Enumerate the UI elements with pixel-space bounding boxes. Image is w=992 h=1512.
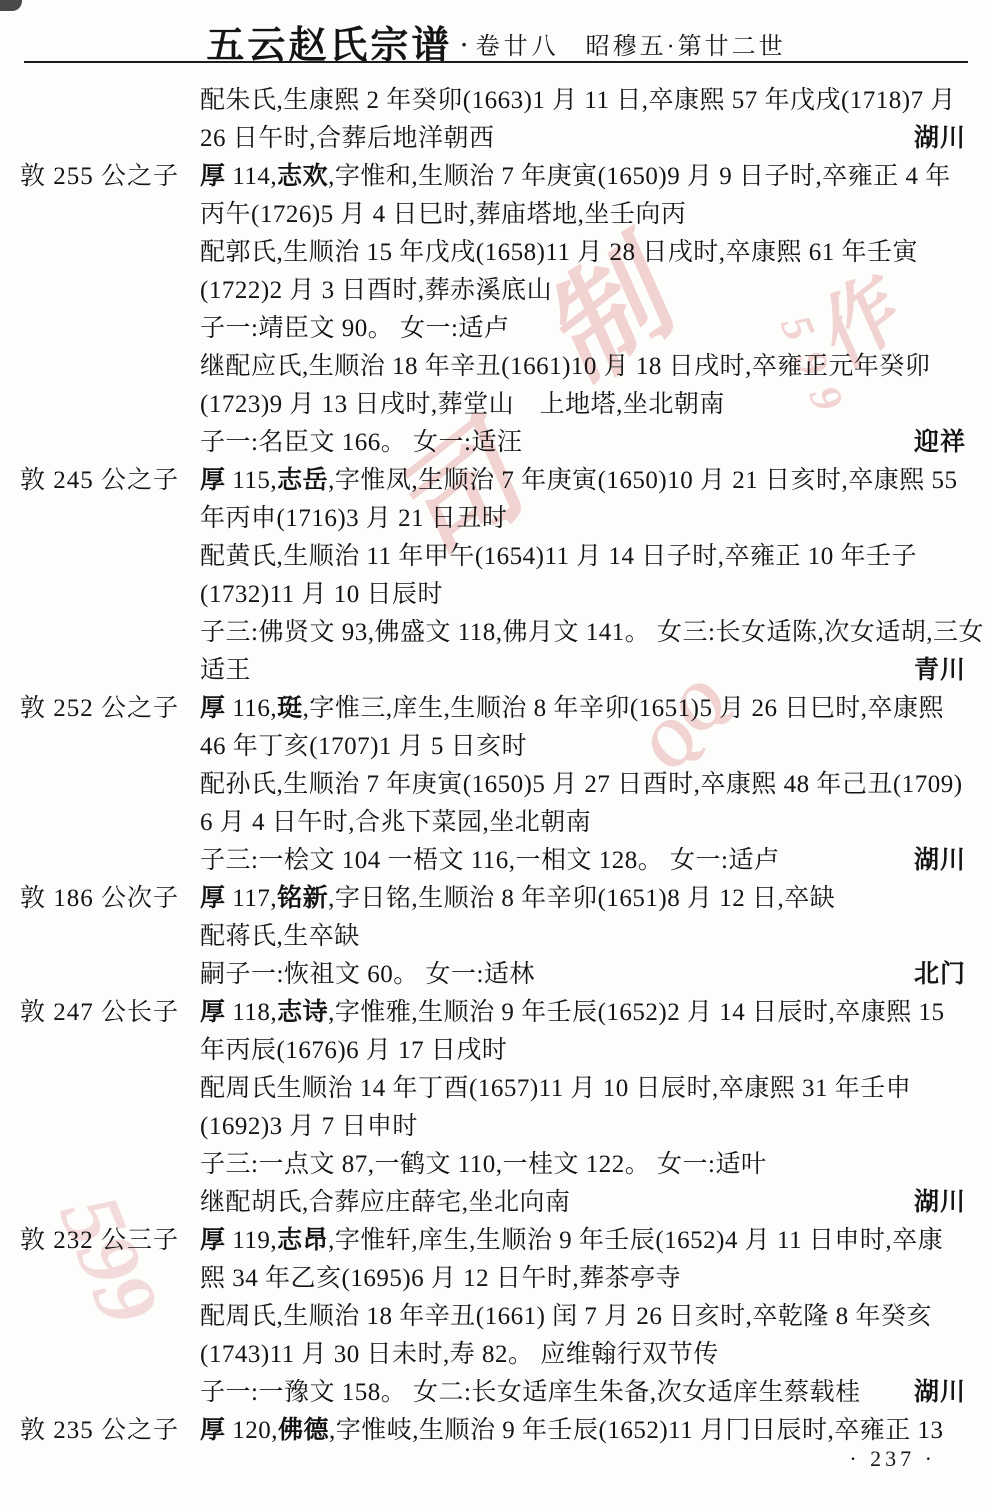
line-text: 配蒋氏,生卒缺 [200, 918, 360, 956]
place-label: 湖川 [914, 842, 966, 880]
genealogy-line: (1723)9 月 13 日戌时,葬堂山 上地塔,坐北朝南 [0, 386, 992, 424]
place-label: 青川 [914, 652, 966, 690]
genealogy-line: 配周氏生顺治 14 年丁酉(1657)11 月 10 日辰时,卒康熙 31 年壬… [0, 1070, 992, 1108]
person-name: 志诗 [277, 999, 328, 1026]
place-label: 迎祥 [914, 424, 966, 462]
person-name: 厚 [200, 1417, 226, 1444]
volume-label: 卷廿八 [476, 34, 560, 60]
person-name: 珽 [277, 695, 303, 722]
generation-margin-label: 敦 247 公长子 [20, 994, 179, 1032]
place-label: 湖川 [914, 1374, 966, 1412]
genealogy-line: 继配应氏,生顺治 18 年辛丑(1661)10 月 18 日戌时,卒雍正元年癸卯 [0, 348, 992, 386]
genealogy-line: 配黄氏,生顺治 11 年甲午(1654)11 月 14 日子时,卒雍正 10 年… [0, 538, 992, 576]
line-text: 继配应氏,生顺治 18 年辛丑(1661)10 月 18 日戌时,卒雍正元年癸卯 [200, 348, 930, 386]
line-text: 子三:佛贤文 93,佛盛文 118,佛月文 141。 女三:长女适陈,次女适胡,… [200, 614, 984, 652]
line-text: 配郭氏,生顺治 15 年戊戌(1658)11 月 28 日戌时,卒康熙 61 年… [200, 234, 918, 272]
genealogy-line: 26 日午时,合葬后地洋朝西湖川 [0, 120, 992, 158]
line-text: 嗣子一:恢祖文 60。 女一:适林 [200, 956, 535, 994]
line-text: 熙 34 年乙亥(1695)6 月 12 日午时,葬茶亭寺 [200, 1260, 681, 1298]
line-text: (1743)11 月 30 日未时,寿 82。 应维翰行双节传 [200, 1336, 719, 1374]
genealogy-body: 配朱氏,生康熙 2 年癸卯(1663)1 月 11 日,卒康熙 57 年戊戌(1… [0, 82, 992, 1450]
genealogy-line: 配朱氏,生康熙 2 年癸卯(1663)1 月 11 日,卒康熙 57 年戊戌(1… [0, 82, 992, 120]
person-name: 厚 [200, 163, 226, 190]
genealogy-line: 敦 255 公之子厚 114,志欢,字惟和,生顺治 7 年庚寅(1650)9 月… [0, 158, 992, 196]
place-label: 北门 [914, 956, 966, 994]
line-text: 子一:一豫文 158。 女二:长女适庠生朱备,次女适庠生蔡载桂 [200, 1374, 861, 1412]
genealogy-line: 年丙辰(1676)6 月 17 日戌时 [0, 1032, 992, 1070]
person-name: 厚 [200, 695, 226, 722]
line-text: 子一:靖臣文 90。 女一:适卢 [200, 310, 509, 348]
genealogy-line: 丙午(1726)5 月 4 日巳时,葬庙塔地,坐壬向丙 [0, 196, 992, 234]
scan-smudge [0, 0, 22, 11]
genealogy-scan-page: 制作司QQ599599 五云赵氏宗谱·卷廿八昭穆五·第廿二世 配朱氏,生康熙 2… [0, 0, 992, 1512]
person-name: 厚 [200, 999, 226, 1026]
genealogy-line: 适王青川 [0, 652, 992, 690]
genealogy-line: 配郭氏,生顺治 15 年戊戌(1658)11 月 28 日戌时,卒康熙 61 年… [0, 234, 992, 272]
person-name: 厚 [200, 467, 226, 494]
place-label: 湖川 [914, 120, 966, 158]
genealogy-line: 子一:名臣文 166。 女一:适汪迎祥 [0, 424, 992, 462]
line-text: (1692)3 月 7 日申时 [200, 1108, 418, 1146]
genealogy-line: 配孙氏,生顺治 7 年庚寅(1650)5 月 27 日酉时,卒康熙 48 年己丑… [0, 766, 992, 804]
place-label: 湖川 [914, 1184, 966, 1222]
line-text: 年丙辰(1676)6 月 17 日戌时 [200, 1032, 507, 1070]
genealogy-line: (1743)11 月 30 日未时,寿 82。 应维翰行双节传 [0, 1336, 992, 1374]
genealogy-line: (1732)11 月 10 日辰时 [0, 576, 992, 614]
line-text: (1723)9 月 13 日戌时,葬堂山 上地塔,坐北朝南 [200, 386, 725, 424]
line-text: 厚 114,志欢,字惟和,生顺治 7 年庚寅(1650)9 月 9 日子时,卒雍… [200, 158, 951, 196]
genealogy-line: 敦 245 公之子厚 115,志岳,字惟凤,生顺治 7 年庚寅(1650)10 … [0, 462, 992, 500]
generation-margin-label: 敦 255 公之子 [20, 158, 179, 196]
line-text: 配周氏,生顺治 18 年辛丑(1661) 闰 7 月 26 日亥时,卒乾隆 8 … [200, 1298, 932, 1336]
line-text: 厚 116,珽,字惟三,庠生,生顺治 8 年辛卯(1651)5 月 26 日巳时… [200, 690, 944, 728]
genealogy-line: 熙 34 年乙亥(1695)6 月 12 日午时,葬茶亭寺 [0, 1260, 992, 1298]
line-text: 年丙申(1716)3 月 21 日丑时 [200, 500, 507, 538]
generation-margin-label: 敦 252 公之子 [20, 690, 179, 728]
person-name: 厚 [200, 1227, 226, 1254]
person-name: 厚 [200, 885, 226, 912]
line-text: 厚 119,志昂,字惟轩,庠生,生顺治 9 年壬辰(1652)4 月 11 日申… [200, 1222, 943, 1260]
line-text: 6 月 4 日午时,合兆下菜园,坐北朝南 [200, 804, 591, 842]
genealogy-line: 嗣子一:恢祖文 60。 女一:适林北门 [0, 956, 992, 994]
genealogy-line: 子三:佛贤文 93,佛盛文 118,佛月文 141。 女三:长女适陈,次女适胡,… [0, 614, 992, 652]
genealogy-line: 敦 186 公次子厚 117,铭新,字日铭,生顺治 8 年辛卯(1651)8 月… [0, 880, 992, 918]
genealogy-line: 子一:靖臣文 90。 女一:适卢 [0, 310, 992, 348]
generation-margin-label: 敦 186 公次子 [20, 880, 179, 918]
genealogy-line: 敦 235 公之子厚 120,佛德,字惟岐,生顺治 9 年壬辰(1652)11 … [0, 1412, 992, 1450]
line-text: 子三:一点文 87,一鹤文 110,一桂文 122。 女一:适叶 [200, 1146, 766, 1184]
genealogy-line: 年丙申(1716)3 月 21 日丑时 [0, 500, 992, 538]
line-text: 丙午(1726)5 月 4 日巳时,葬庙塔地,坐壬向丙 [200, 196, 686, 234]
genealogy-line: (1692)3 月 7 日申时 [0, 1108, 992, 1146]
line-text: (1722)2 月 3 日酉时,葬赤溪底山 [200, 272, 552, 310]
person-name: 铭新 [277, 885, 328, 912]
line-text: 厚 115,志岳,字惟凤,生顺治 7 年庚寅(1650)10 月 21 日亥时,… [200, 462, 958, 500]
genealogy-line: 敦 232 公三子厚 119,志昂,字惟轩,庠生,生顺治 9 年壬辰(1652)… [0, 1222, 992, 1260]
genealogy-line: 子三:一点文 87,一鹤文 110,一桂文 122。 女一:适叶 [0, 1146, 992, 1184]
line-text: 厚 117,铭新,字日铭,生顺治 8 年辛卯(1651)8 月 12 日,卒缺 [200, 880, 835, 918]
line-text: (1732)11 月 10 日辰时 [200, 576, 443, 614]
generation-margin-label: 敦 232 公三子 [20, 1222, 179, 1260]
line-text: 厚 118,志诗,字惟雅,生顺治 9 年壬辰(1652)2 月 14 日辰时,卒… [200, 994, 945, 1032]
genealogy-line: 46 年丁亥(1707)1 月 5 日亥时 [0, 728, 992, 766]
line-text: 适王 [200, 652, 251, 690]
section-label: 昭穆五·第廿二世 [586, 34, 786, 60]
line-text: 配朱氏,生康熙 2 年癸卯(1663)1 月 11 日,卒康熙 57 年戊戌(1… [200, 82, 956, 120]
genealogy-line: 配周氏,生顺治 18 年辛丑(1661) 闰 7 月 26 日亥时,卒乾隆 8 … [0, 1298, 992, 1336]
line-text: 继配胡氏,合葬应庄薛宅,坐北向南 [200, 1184, 571, 1222]
header-rule [24, 61, 968, 63]
line-text: 46 年丁亥(1707)1 月 5 日亥时 [200, 728, 527, 766]
genealogy-line: 敦 252 公之子厚 116,珽,字惟三,庠生,生顺治 8 年辛卯(1651)5… [0, 690, 992, 728]
line-text: 配孙氏,生顺治 7 年庚寅(1650)5 月 27 日酉时,卒康熙 48 年己丑… [200, 766, 963, 804]
genealogy-line: 6 月 4 日午时,合兆下菜园,坐北朝南 [0, 804, 992, 842]
genealogy-line: 配蒋氏,生卒缺 [0, 918, 992, 956]
person-name: 志昂 [277, 1227, 328, 1254]
line-text: 子三:一桧文 104 一梧文 116,一相文 128。 女一:适卢 [200, 842, 779, 880]
genealogy-line: 子三:一桧文 104 一梧文 116,一相文 128。 女一:适卢湖川 [0, 842, 992, 880]
person-name: 志欢 [277, 163, 328, 190]
title-separator: · [460, 32, 467, 57]
person-name: 佛德 [278, 1417, 329, 1444]
genealogy-line: 子一:一豫文 158。 女二:长女适庠生朱备,次女适庠生蔡载桂湖川 [0, 1374, 992, 1412]
generation-margin-label: 敦 245 公之子 [20, 462, 179, 500]
person-name: 志岳 [277, 467, 328, 494]
line-text: 配黄氏,生顺治 11 年甲午(1654)11 月 14 日子时,卒雍正 10 年… [200, 538, 917, 576]
genealogy-line: (1722)2 月 3 日酉时,葬赤溪底山 [0, 272, 992, 310]
line-text: 厚 120,佛德,字惟岐,生顺治 9 年壬辰(1652)11 月冂日辰时,卒雍正… [200, 1412, 944, 1450]
page-number: · 237 · [849, 1446, 936, 1472]
line-text: 26 日午时,合葬后地洋朝西 [200, 120, 495, 158]
line-text: 配周氏生顺治 14 年丁酉(1657)11 月 10 日辰时,卒康熙 31 年壬… [200, 1070, 911, 1108]
generation-margin-label: 敦 235 公之子 [20, 1412, 179, 1450]
genealogy-line: 敦 247 公长子厚 118,志诗,字惟雅,生顺治 9 年壬辰(1652)2 月… [0, 994, 992, 1032]
genealogy-line: 继配胡氏,合葬应庄薛宅,坐北向南湖川 [0, 1184, 992, 1222]
line-text: 子一:名臣文 166。 女一:适汪 [200, 424, 522, 462]
